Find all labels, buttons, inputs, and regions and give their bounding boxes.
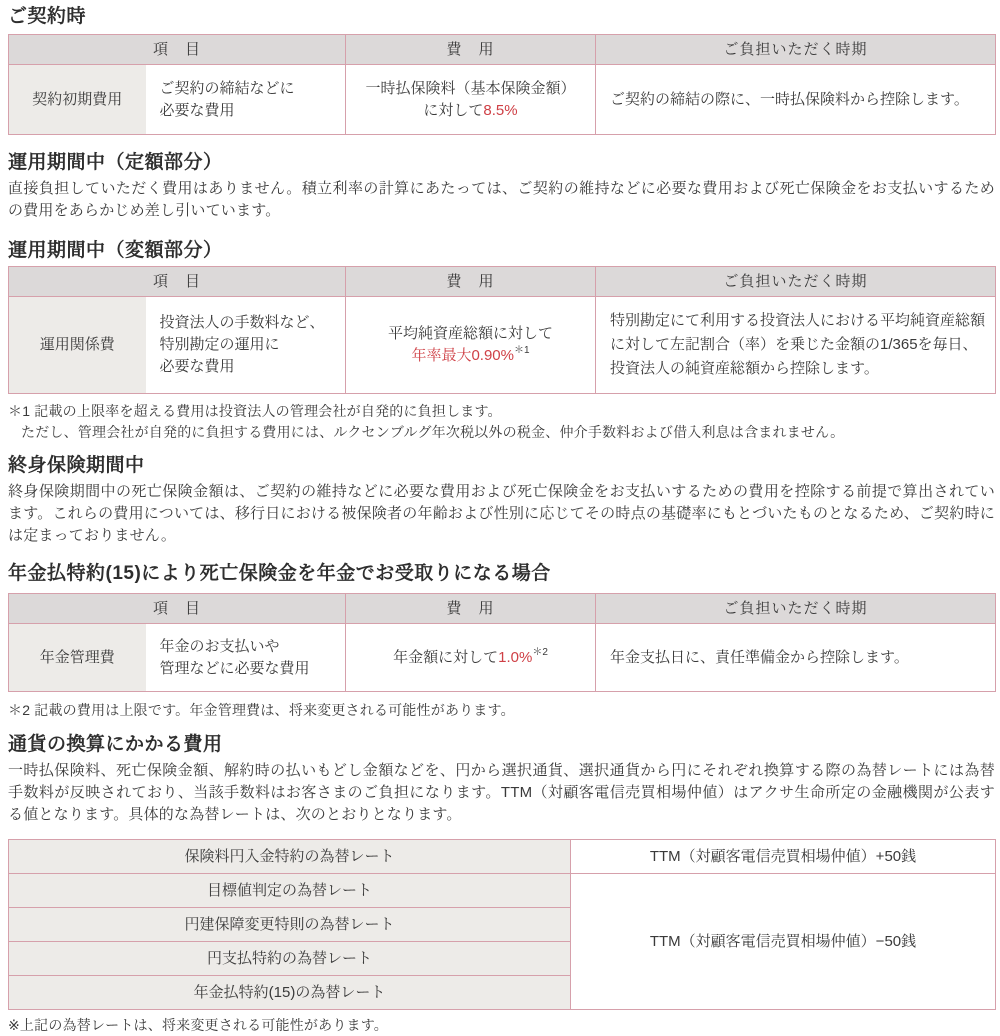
- column-header-item: 項 目: [9, 594, 346, 624]
- fee-amount-cell: 一時払保険料（基本保険金額） に対して8.5%: [346, 65, 596, 135]
- section-heading-fixed-period: 運用期間中（定額部分）: [8, 150, 995, 176]
- table-header-row: 項 目 費 用 ご負担いただく時期: [9, 35, 996, 65]
- exchange-rate-label: 円支払特約の為替レート: [9, 942, 571, 976]
- section-heading-annuity: 年金払特約(15)により死亡保険金を年金でお受取りになる場合: [8, 561, 995, 587]
- annuity-fee-table: 項 目 費 用 ご負担いただく時期 年金管理費 年金のお支払いや 管理などに必要…: [8, 593, 996, 692]
- column-header-timing: ご負担いただく時期: [596, 267, 996, 297]
- fee-item-label: 運用関係費: [9, 297, 146, 394]
- table-header-row: 項 目 費 用 ご負担いただく時期: [9, 267, 996, 297]
- fee-amount-cell: 平均純資産総額に対して 年率最大0.90%＊1: [346, 297, 596, 394]
- table-row: 運用関係費 投資法人の手数料など、 特別勘定の運用に 必要な費用 平均純資産総額…: [9, 297, 996, 394]
- exchange-rate-label: 目標値判定の為替レート: [9, 874, 571, 908]
- footnote-2: ＊2 記載の費用は上限です。年金管理費は、将来変更される可能性があります。: [8, 700, 995, 721]
- column-header-item: 項 目: [9, 267, 346, 297]
- fee-rate-value: 8.5%: [483, 102, 517, 119]
- fee-timing-cell: 特別勘定にて利用する投資法人における平均純資産総額に対して左記割合（率）を乗じた…: [596, 297, 996, 394]
- contract-fee-table: 項 目 費 用 ご負担いただく時期 契約初期費用 ご契約の締結などに 必要な費用…: [8, 34, 996, 135]
- currency-paragraph: 一時払保険料、死亡保険金額、解約時の払いもどし金額などを、円から選択通貨、選択通…: [8, 760, 995, 826]
- table-header-row: 項 目 費 用 ご負担いただく時期: [9, 594, 996, 624]
- variable-period-fee-table: 項 目 費 用 ご負担いただく時期 運用関係費 投資法人の手数料など、 特別勘定…: [8, 266, 996, 394]
- footnote-1-line2: ただし、管理会社が自発的に負担する費用には、ルクセンブルグ年次税以外の税金、仲介…: [8, 422, 995, 443]
- column-header-item: 項 目: [9, 35, 346, 65]
- footnote-1-line1: ＊1 記載の上限率を超える費用は投資法人の管理会社が自発的に負担します。: [8, 401, 995, 422]
- fee-line1: 平均純資産総額に対して: [388, 325, 553, 342]
- column-header-timing: ご負担いただく時期: [596, 594, 996, 624]
- whole-life-paragraph: 終身保険期間中の死亡保険金額は、ご契約の維持などに必要な費用および死亡保険金をお…: [8, 481, 995, 547]
- fee-item-label: 年金管理費: [9, 624, 146, 692]
- section-heading-whole-life: 終身保険期間中: [8, 453, 995, 479]
- footnote-exchange-rate: ※上記の為替レートは、将来変更される可能性があります。: [8, 1015, 995, 1036]
- exchange-rate-label: 年金払特約(15)の為替レート: [9, 976, 571, 1010]
- exchange-rate-row: 目標値判定の為替レート TTM（対顧客電信売買相場仲値）−50銭: [9, 874, 996, 908]
- exchange-rate-label: 保険料円入金特約の為替レート: [9, 840, 571, 874]
- exchange-rate-value: TTM（対顧客電信売買相場仲値）+50銭: [571, 840, 996, 874]
- fee-footnote-marker: ＊1: [514, 345, 530, 356]
- fee-amount-cell: 年金額に対して1.0%＊2: [346, 624, 596, 692]
- document-page: ご契約時 項 目 費 用 ご負担いただく時期 契約初期費用 ご契約の締結などに …: [0, 0, 1000, 1036]
- fee-item-description: 投資法人の手数料など、 特別勘定の運用に 必要な費用: [146, 297, 346, 394]
- exchange-rate-table: 保険料円入金特約の為替レート TTM（対顧客電信売買相場仲値）+50銭 目標値判…: [8, 839, 996, 1010]
- exchange-rate-row: 保険料円入金特約の為替レート TTM（対顧客電信売買相場仲値）+50銭: [9, 840, 996, 874]
- fee-line2-prefix: に対して: [423, 102, 483, 119]
- fee-footnote-marker: ＊2: [532, 647, 548, 658]
- fee-rate-value: 年率最大0.90%: [411, 347, 514, 364]
- fee-timing-cell: 年金支払日に、責任準備金から控除します。: [596, 624, 996, 692]
- table-row: 契約初期費用 ご契約の締結などに 必要な費用 一時払保険料（基本保険金額） に対…: [9, 65, 996, 135]
- section-heading-currency: 通貨の換算にかかる費用: [8, 732, 995, 758]
- fee-text: 年金額に対して: [393, 649, 498, 666]
- fee-item-description: 年金のお支払いや 管理などに必要な費用: [146, 624, 346, 692]
- section-heading-variable-period: 運用期間中（変額部分）: [8, 238, 995, 264]
- exchange-rate-label: 円建保障変更特則の為替レート: [9, 908, 571, 942]
- fixed-period-paragraph: 直接負担していただく費用はありません。積立利率の計算にあたっては、ご契約の維持な…: [8, 178, 995, 222]
- fee-item-description: ご契約の締結などに 必要な費用: [146, 65, 346, 135]
- exchange-rate-value-merged: TTM（対顧客電信売買相場仲値）−50銭: [571, 874, 996, 1010]
- column-header-fee: 費 用: [346, 594, 596, 624]
- column-header-fee: 費 用: [346, 35, 596, 65]
- fee-item-label: 契約初期費用: [9, 65, 146, 135]
- fee-timing-cell: ご契約の締結の際に、一時払保険料から控除します。: [596, 65, 996, 135]
- table-row: 年金管理費 年金のお支払いや 管理などに必要な費用 年金額に対して1.0%＊2 …: [9, 624, 996, 692]
- column-header-timing: ご負担いただく時期: [596, 35, 996, 65]
- section-heading-contract: ご契約時: [8, 4, 995, 30]
- column-header-fee: 費 用: [346, 267, 596, 297]
- fee-line1: 一時払保険料（基本保険金額）: [366, 80, 576, 97]
- fee-rate-value: 1.0%: [498, 649, 532, 666]
